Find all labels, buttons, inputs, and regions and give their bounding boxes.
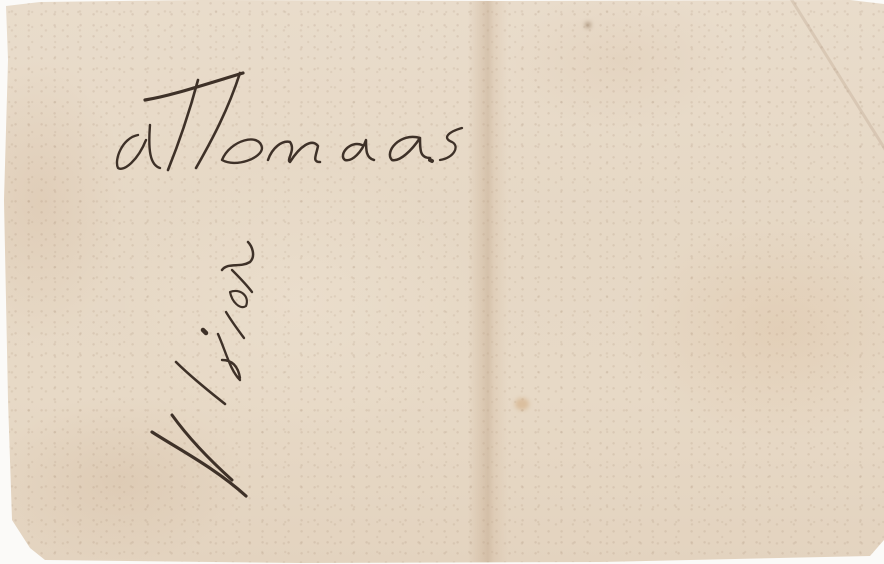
document-page: Thomas Vihiers (0, 0, 884, 564)
handwriting-vihiers (0, 0, 884, 564)
